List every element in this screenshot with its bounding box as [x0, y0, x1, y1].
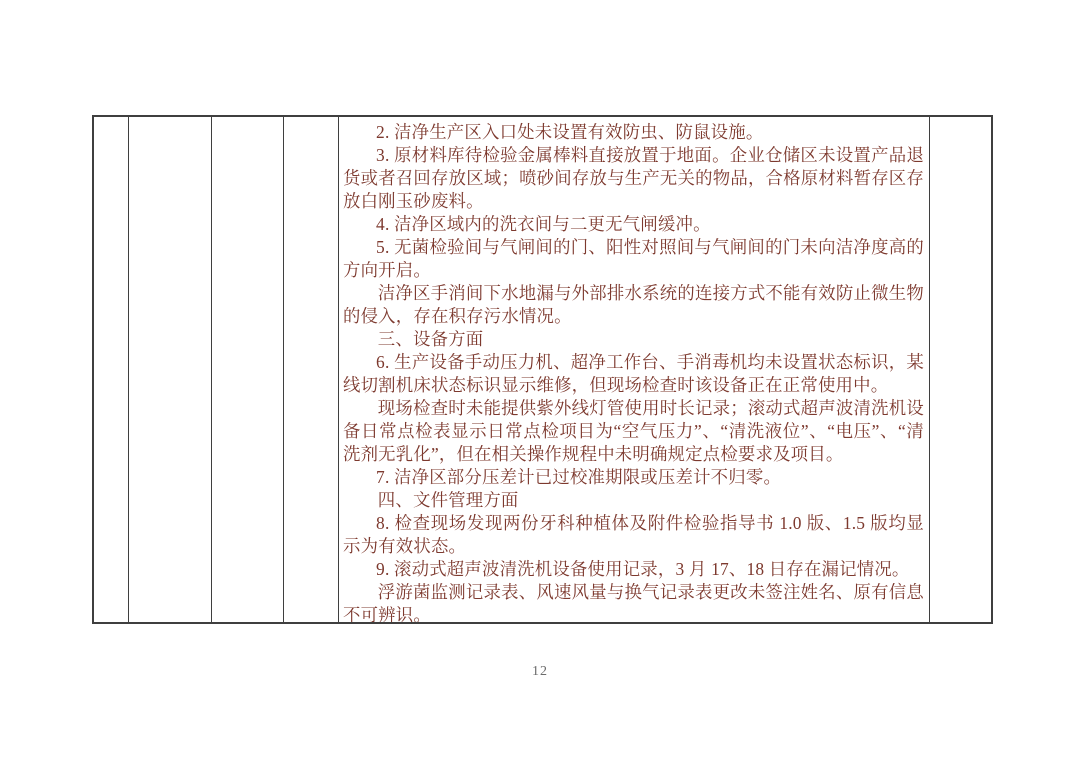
table-cell-empty-5 — [930, 117, 991, 622]
table-cell-empty-4 — [284, 117, 339, 622]
page-number: 12 — [0, 664, 1080, 680]
finding-paragraph: 四、文件管理方面 — [343, 489, 924, 512]
finding-paragraph: 三、设备方面 — [343, 328, 924, 351]
finding-paragraph: 洁净区手消间下水地漏与外部排水系统的连接方式不能有效防止微生物的侵入，存在积存污… — [343, 282, 924, 328]
document-page: 2. 洁净生产区入口处未设置有效防虫、防鼠设施。3. 原材料库待检验金属棒料直接… — [0, 0, 1080, 764]
finding-paragraph: 3. 原材料库待检验金属棒料直接放置于地面。企业仓储区未设置产品退货或者召回存放… — [343, 144, 924, 213]
finding-paragraph: 浮游菌监测记录表、风速风量与换气记录表更改未签注姓名、原有信息不可辨识。 — [343, 581, 924, 622]
findings-content-cell: 2. 洁净生产区入口处未设置有效防虫、防鼠设施。3. 原材料库待检验金属棒料直接… — [339, 117, 930, 622]
finding-paragraph: 6. 生产设备手动压力机、超净工作台、手消毒机均未设置状态标识，某线切割机床状态… — [343, 351, 924, 397]
finding-paragraph: 9. 滚动式超声波清洗机设备使用记录，3 月 17、18 日存在漏记情况。 — [343, 558, 924, 581]
table-cell-empty-1 — [94, 117, 129, 622]
finding-paragraph: 7. 洁净区部分压差计已过校准期限或压差计不归零。 — [343, 466, 924, 489]
finding-paragraph: 8. 检查现场发现两份牙科种植体及附件检验指导书 1.0 版、1.5 版均显示为… — [343, 512, 924, 558]
table-cell-empty-3 — [212, 117, 284, 622]
table-cell-empty-2 — [129, 117, 212, 622]
finding-paragraph: 5. 无菌检验间与气闸间的门、阳性对照间与气闸间的门未向洁净度高的方向开启。 — [343, 236, 924, 282]
finding-paragraph: 现场检查时未能提供紫外线灯管使用时长记录；滚动式超声波清洗机设备日常点检表显示日… — [343, 397, 924, 466]
finding-paragraph: 2. 洁净生产区入口处未设置有效防虫、防鼠设施。 — [343, 121, 924, 144]
inspection-findings-table: 2. 洁净生产区入口处未设置有效防虫、防鼠设施。3. 原材料库待检验金属棒料直接… — [92, 115, 993, 624]
finding-paragraph: 4. 洁净区域内的洗衣间与二更无气闸缓冲。 — [343, 213, 924, 236]
